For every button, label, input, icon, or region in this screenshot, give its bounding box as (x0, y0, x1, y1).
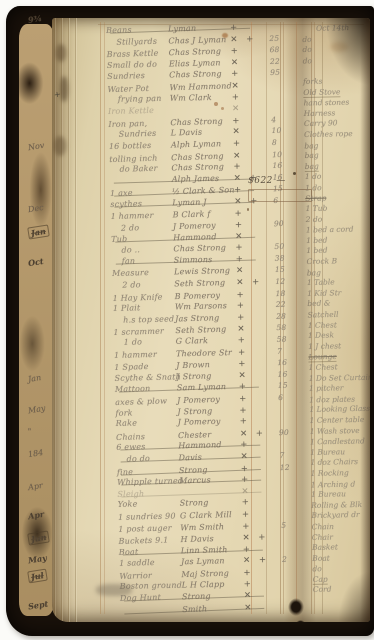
entry-item: 1 hammer (114, 349, 176, 360)
entry-name: L H Clapp (182, 579, 240, 589)
entry-item: Chains (116, 431, 178, 442)
entry-name (179, 487, 237, 488)
entry-item: Buckets 9.1 (118, 535, 180, 546)
entry-item: scythes (110, 198, 172, 209)
entry-item: Cap (313, 574, 328, 584)
entry-name: G Clark Mill (180, 510, 238, 520)
entry-name: Chas Strong (170, 116, 228, 127)
entry-amount: 4 (268, 114, 294, 124)
entry-name: J Pomeroy (177, 394, 235, 405)
entry-amount (268, 103, 294, 104)
entry-name: Strong (180, 498, 238, 508)
entry-item: h.s top seed (113, 314, 175, 325)
entry-name: Alph James (172, 173, 230, 183)
entry-item: do (302, 34, 311, 43)
entry-item: Dog Hunt (120, 592, 182, 603)
entry-item: bag (304, 141, 318, 150)
entry-name: Sam Lyman (177, 382, 235, 392)
entry-item: tolling inch (109, 153, 171, 164)
entry-item: Clothes rope (304, 129, 353, 139)
entry-item: 1 hammer (111, 210, 173, 221)
entry-name: J Pomeroy (173, 221, 231, 232)
total-box (248, 189, 312, 202)
entry-amount: 8 (269, 137, 295, 147)
entry-item: 1 saddle (119, 558, 181, 569)
entry-item: 1 J chest (308, 341, 341, 351)
entry-item: 1 Hay Knife (113, 292, 175, 303)
entry-item: 1 bed (306, 246, 327, 255)
entry-amount (277, 485, 303, 486)
check-marks: ✕ + (226, 34, 266, 45)
entry-amount: 10 (269, 149, 295, 159)
entry-name: Maj Strong (181, 568, 239, 579)
entry-item: Rake (116, 418, 178, 428)
entry-amount: 58 (274, 334, 300, 343)
entry-item: Strap (305, 193, 326, 202)
ledger-row: Cord (313, 584, 370, 596)
ledger-row: Crock B (306, 256, 370, 268)
entry-name: Jas Lyman (181, 556, 239, 566)
entry-item: 2 do (112, 279, 174, 290)
margin-date: Dec (27, 203, 44, 214)
ledger-row: Brickyard dr (311, 510, 370, 522)
check-marks: + (233, 300, 273, 311)
entry-amount: 22 (273, 300, 299, 310)
entry-name: Theodore Str (176, 348, 234, 358)
entry-name: Elias Lyman (169, 58, 227, 68)
check-marks: + (237, 463, 277, 474)
margin-date: 184 (27, 448, 44, 459)
ledger-book: 9¾+NovDecJanOctJanMay"184AprAprJunMayJul… (6, 6, 374, 636)
entry-item: 1 Spade (114, 361, 176, 372)
entry-name: Marcus (179, 475, 237, 485)
entry-item: Sundries (107, 71, 169, 82)
margin-date: + (53, 90, 61, 100)
entry-item: fine (117, 466, 179, 477)
entry-name (170, 104, 228, 105)
entry-item: 1 axe (110, 188, 172, 199)
ledger-row: 1 pitcher (309, 383, 370, 395)
entry-item: Stillyards (106, 36, 168, 47)
check-marks: ✕ (236, 451, 276, 462)
ledger-row: 1 Wash stove (310, 425, 370, 437)
entry-item: 1 do (305, 172, 322, 181)
entry-amount: 95 (267, 68, 293, 78)
entry-item: Satchell (308, 310, 339, 320)
entry-item: 1 doz Chairs (310, 457, 358, 467)
entry-item: Tub (111, 233, 173, 244)
entry-item: 1 Candlestand (310, 437, 365, 447)
entry-amount (279, 566, 305, 567)
margin-date: Apr (27, 481, 43, 492)
entry-amount (267, 80, 293, 81)
entry-item: 1 Center table (310, 415, 365, 425)
entry-item: Measure (112, 268, 174, 279)
entry-item: Carry 90 (304, 119, 338, 129)
margin-date: May (27, 553, 47, 566)
entry-amount: 68 (266, 45, 292, 55)
entry-item: Scythe & Snath (114, 372, 176, 383)
check-marks: ✕ (232, 265, 272, 276)
entry-name: Jas Strong (175, 313, 233, 323)
margin-date: Jan (27, 224, 49, 239)
entry-item: Harness (304, 108, 336, 118)
check-marks: + (232, 254, 272, 265)
right-page-entries: Oct 14th do do do forks Old Stove hand s… (302, 23, 370, 596)
entry-item: 6 ewes (116, 442, 178, 453)
entry-item: 1 Rocking (311, 468, 349, 478)
page-total: $622 — (248, 176, 286, 186)
entry-amount: 90 (271, 219, 297, 229)
entry-name: Wm Clark (170, 92, 228, 102)
entry-name: J Brown (176, 360, 234, 371)
entry-item: 1 Bureau (311, 489, 346, 499)
entry-item: Boston ground (120, 580, 182, 590)
check-marks: + (226, 22, 266, 33)
entry-amount (275, 404, 301, 405)
entry-amount: 90 (276, 427, 302, 437)
check-marks: ✕ (231, 231, 271, 242)
entry-name: Chas Strong (169, 69, 227, 79)
margin-date: Sept (27, 598, 48, 611)
check-marks: ✕ (227, 57, 267, 68)
entry-amount: 2 (279, 555, 305, 565)
check-marks: + (236, 439, 276, 450)
entry-amount: 18 (272, 288, 298, 298)
entry-amount: 22 (267, 56, 293, 66)
entry-name: B Clark f (173, 209, 231, 219)
check-marks: + (239, 544, 279, 555)
entry-item: 16 bottles (109, 140, 171, 151)
photo-background: 9¾+NovDecJanOctJanMay"184AprAprJunMayJul… (0, 0, 374, 640)
entry-amount: 16 (274, 369, 300, 379)
entry-item: axes & plow (115, 396, 177, 407)
entry-item: Chair (312, 532, 333, 541)
entry-name: G Clark (176, 336, 234, 346)
entry-item: 1 scrammer (113, 327, 175, 338)
entry-amount: 25 (266, 33, 292, 43)
check-marks: ✕ + (238, 532, 278, 543)
entry-amount (280, 589, 306, 590)
check-marks: ✕ + (239, 555, 279, 566)
entry-item: 1 Plait (113, 303, 175, 314)
entry-name: L Davis (171, 127, 229, 137)
margin-date: 9¾ (27, 13, 42, 25)
entry-item: 1 Do Set Curtains (309, 372, 370, 382)
check-marks: ✕ (233, 324, 273, 335)
entry-item: Crock B (306, 256, 337, 266)
check-marks: + (236, 416, 276, 427)
check-marks: + (228, 91, 268, 102)
ledger-row: 2 do (306, 213, 370, 225)
entry-amount (270, 207, 296, 208)
margin-date: Apr (27, 509, 44, 521)
entry-name: Chas Strong (171, 151, 229, 162)
entry-amount: 12 (272, 276, 298, 286)
entry-amount (278, 508, 304, 509)
entry-item: forks (303, 77, 322, 86)
entry-item: 1 Bureau (310, 447, 345, 457)
entry-name: Lewis Strong (174, 266, 232, 276)
ledger-row: Boat (312, 552, 370, 564)
entry-name: Seth Strong (174, 278, 232, 288)
entry-item: Iron Kettle (108, 106, 170, 117)
ledger-row: Old Stove (303, 86, 370, 98)
left-page-entries: Beans Lyman + Stillyards Chas J Lyman ✕ … (106, 21, 308, 617)
entry-item: 1 Looking Glass (309, 404, 370, 414)
entry-name: Hammond (173, 232, 231, 242)
entry-item: do .. (111, 245, 173, 256)
check-marks: ✕ (228, 103, 268, 114)
entry-item: Water Pot (107, 83, 169, 94)
entry-amount (276, 439, 302, 440)
ledger-row: 1 do (305, 171, 370, 183)
entry-item: 1 Arching d (311, 479, 356, 489)
entry-amount: 50 (271, 242, 297, 252)
check-marks: + (230, 208, 270, 219)
entry-item: Yoke (118, 499, 180, 509)
entry-item: fan (112, 256, 174, 266)
margin-date: Jun (27, 530, 50, 545)
check-marks: + (228, 115, 268, 126)
ledger-row: 1 J chest (308, 340, 370, 352)
check-marks: + (227, 46, 267, 57)
entry-item: 1 pitcher (309, 383, 344, 393)
check-marks: + (229, 138, 269, 149)
entry-item: frying pan (108, 93, 170, 103)
entry-name: Strong (179, 464, 237, 475)
check-marks: + (238, 509, 278, 520)
entry-amount (278, 532, 304, 533)
entry-item: 1 doz plates (309, 394, 355, 404)
entry-name: Alph Lyman (171, 139, 229, 149)
entry-amount: 15 (272, 265, 298, 275)
entry-item: 1 bed (306, 235, 327, 244)
check-marks: + (235, 405, 275, 416)
entry-amount (279, 543, 305, 544)
margin-date: Oct (27, 256, 44, 268)
entry-item: Rolling & Blk (311, 500, 362, 510)
check-marks: + (229, 161, 269, 172)
entry-amount: 38 (272, 253, 298, 262)
check-marks: + (240, 578, 280, 589)
entry-item: Old Stove (303, 87, 340, 98)
entry-item: Sleigh (117, 488, 179, 499)
entry-item: do (302, 45, 311, 54)
check-marks: ✕ (229, 150, 269, 161)
entry-item: 1 do (114, 337, 176, 347)
entry-name: Linn Smith (181, 545, 239, 555)
check-marks: + (238, 497, 278, 508)
entry-item: hand stones (303, 98, 349, 108)
entry-item: Brickyard dr (311, 510, 359, 520)
entry-item: Boat (312, 553, 330, 562)
check-marks: ✕ (237, 486, 277, 497)
entry-item: Basket (312, 543, 338, 552)
ledger-row: do (302, 44, 370, 56)
margin-date-column: 9¾+NovDecJanOctJanMay"184AprAprJunMayJul… (28, 6, 62, 636)
entry-name: ½ Clark & Son (172, 186, 230, 197)
entry-item: 1 do (305, 183, 322, 192)
entry-name: Wm Smith (180, 521, 238, 531)
entry-name: Chas J Lyman (168, 35, 226, 45)
margin-date: Nov (27, 141, 45, 152)
entry-item: 2 do (306, 214, 323, 223)
entry-name: Lyman J (172, 197, 230, 207)
entry-amount (277, 473, 303, 474)
entry-name: Davis (178, 452, 236, 462)
entry-item: 1 bed a cord (306, 225, 354, 235)
entry-name: Smith (182, 603, 240, 614)
check-marks: + (234, 335, 274, 346)
entry-item: 1 Chest (309, 362, 338, 372)
ledger-pages: Beans Lyman + Stillyards Chas J Lyman ✕ … (52, 18, 370, 622)
entry-item: Mattoon (115, 384, 177, 395)
ruled-line (100, 22, 101, 614)
entry-name: Chester (178, 429, 236, 440)
ledger-row: 1 Rocking (311, 467, 370, 479)
entry-item: 1 Wash stove (310, 426, 360, 436)
check-marks: + (238, 520, 278, 531)
entry-name: Simmons (174, 255, 232, 265)
entry-item: 1 Desk (308, 331, 334, 340)
check-marks: + (235, 381, 275, 392)
entry-item: Warrior (119, 570, 181, 581)
entry-name: Hammond (178, 440, 236, 450)
entry-name: Chas Strong (171, 162, 229, 172)
entry-amount: 7 (274, 346, 300, 356)
entry-name: H Davis (180, 534, 238, 545)
check-marks: + (233, 312, 273, 323)
entry-item: do (303, 56, 312, 65)
margin-date: Jul (27, 569, 47, 584)
entry-name: J Pomeroy (178, 417, 236, 427)
entry-amount (280, 601, 306, 602)
entry-name: Seth Strong (175, 325, 233, 336)
check-marks: ✕ (234, 370, 274, 381)
entry-name: Lyman (168, 23, 226, 33)
entry-item: 1 Chest (308, 320, 337, 330)
entry-item: do Baker (109, 164, 171, 175)
margin-date: May (27, 404, 46, 416)
entry-item: Lounge (308, 352, 337, 363)
check-marks: + (239, 567, 279, 578)
check-marks: + (234, 358, 274, 369)
entry-amount: 6 (275, 392, 301, 402)
entry-item: 1 Kid Str (307, 288, 341, 298)
entry-name: J Strong (177, 406, 235, 416)
entry-item: 1 sundries 90 (118, 511, 180, 522)
check-marks: + (227, 68, 267, 79)
entry-item: 1 Tub (305, 204, 327, 213)
check-marks: + (231, 242, 271, 253)
check-marks: + (235, 393, 275, 404)
entry-item: bag (304, 151, 318, 160)
entry-item: Cord (313, 585, 332, 594)
entry-name: Wm Parsons (175, 301, 233, 311)
entry-name: Wm Hammond (169, 81, 227, 92)
check-marks: ✕ (240, 602, 280, 613)
entry-item: Beans (106, 24, 168, 35)
check-marks: ✕ + (236, 428, 276, 439)
entry-item: Iron pan, (108, 118, 170, 129)
entry-item: 2 do (111, 222, 173, 233)
check-marks: + (237, 474, 277, 485)
entry-amount: 15 (275, 381, 301, 391)
ledger-row: Clothes rope (304, 129, 370, 141)
entry-amount: 5 (278, 520, 304, 530)
margin-date: " (27, 427, 32, 436)
entry-item: do do (116, 453, 178, 464)
entry-amount (266, 21, 292, 22)
check-marks: ✕ + (232, 277, 272, 288)
entry-item: Small do do (107, 59, 169, 70)
ink-blot (296, 620, 305, 622)
entry-amount: 16 (269, 161, 295, 171)
check-marks: + (234, 347, 274, 358)
entry-amount: 28 (273, 311, 299, 321)
check-marks: + (232, 289, 272, 300)
entry-name: J Strong (176, 371, 234, 381)
entry-amount: 16 (274, 358, 300, 368)
entry-amount: 12 (277, 462, 303, 472)
entry-item: Whipple turned (117, 477, 179, 488)
check-marks: ✕ (240, 590, 280, 601)
check-marks: ✕ (227, 80, 267, 91)
entry-item: Sundries (109, 129, 171, 140)
entry-item: Boat (119, 546, 181, 557)
entry-item: 1 Table (307, 278, 335, 288)
entry-item: do (312, 565, 321, 574)
entry-name: Chas Strong (173, 243, 231, 253)
entry-item: bed & (307, 299, 330, 308)
entry-item: fork (115, 407, 177, 418)
entry-item: Oct 14th (316, 23, 349, 33)
ledger-row: bed & (307, 298, 370, 310)
entry-item: 1 post auger (118, 523, 180, 534)
entry-name: B Pomeroy (174, 290, 232, 301)
entry-item: bag (307, 268, 321, 277)
ruled-line (104, 22, 105, 614)
check-marks: ✕ (229, 126, 269, 137)
entry-amount: 10 (269, 126, 295, 136)
margin-date: Jan (27, 373, 41, 384)
entry-name: Strong (182, 591, 240, 601)
entry-item: Chain (312, 522, 334, 531)
entry-amount: 7 (276, 450, 302, 460)
check-marks: + (231, 219, 271, 230)
entry-name: Chas Strong (169, 47, 227, 58)
entry-item: bag (305, 161, 319, 171)
entry-amount: 58 (273, 323, 299, 333)
entry-item: Brass Kettle (107, 48, 169, 59)
entry-amount (271, 230, 297, 231)
